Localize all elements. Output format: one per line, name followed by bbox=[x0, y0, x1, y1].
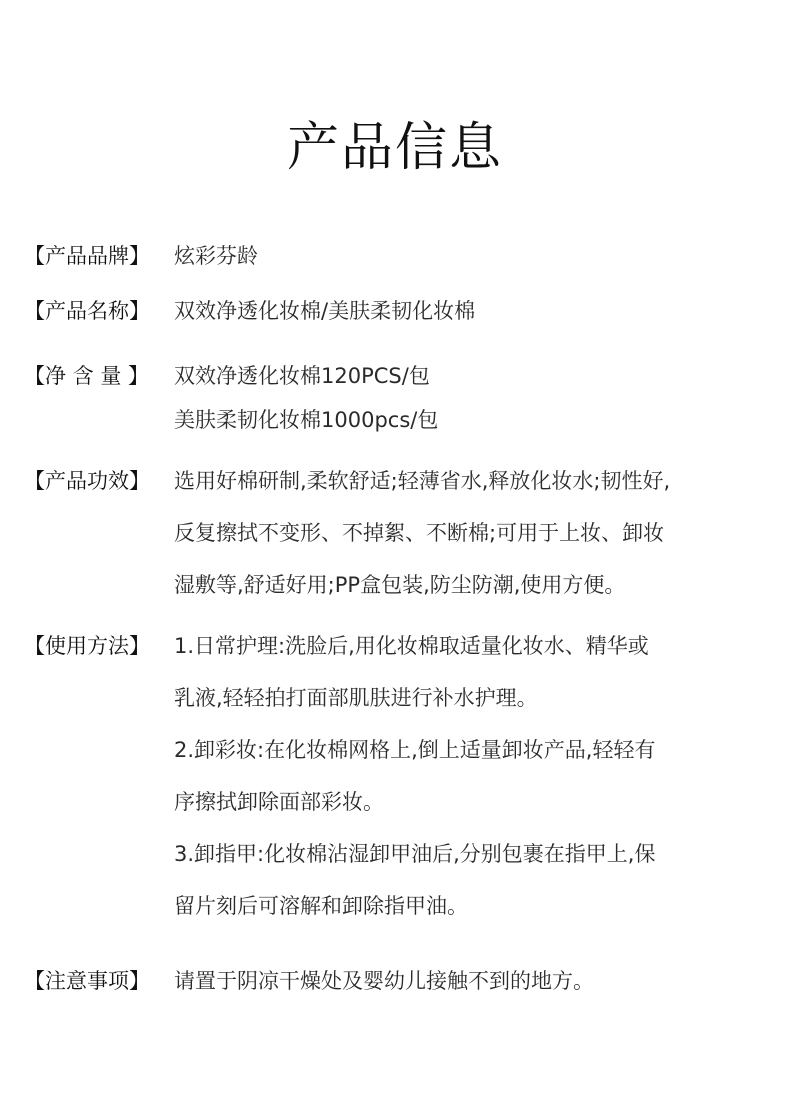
value-line: 请置于阴凉干燥处及婴幼儿接触不到的地方。 bbox=[174, 967, 774, 995]
value-line: 反复擦拭不变形、不掉絮、不断棉;可用于上妆、卸妆 bbox=[174, 507, 774, 559]
value-net-content: 双效净透化妆棉120PCS/包 美肤柔韧化妆棉1000pcs/包 bbox=[174, 354, 774, 442]
label-efficacy: 【产品功效】 bbox=[24, 467, 174, 495]
value-line: 留片刻后可溶解和卸除指甲油。 bbox=[174, 880, 774, 932]
value-line: 2.卸彩妆:在化妆棉网格上,倒上适量卸妆产品,轻轻有 bbox=[174, 724, 774, 776]
page-title: 产品信息 bbox=[0, 118, 790, 178]
value-line: 选用好棉研制,柔软舒适;轻薄省水,释放化妆水;韧性好, bbox=[174, 455, 774, 507]
value-line: 乳液,轻轻拍打面部肌肤进行补水护理。 bbox=[174, 672, 774, 724]
value-line: 炫彩芬龄 bbox=[174, 242, 774, 270]
label-notes: 【注意事项】 bbox=[24, 967, 174, 995]
label-product-name: 【产品名称】 bbox=[24, 297, 174, 325]
value-product-name: 双效净透化妆棉/美肤柔韧化妆棉 bbox=[174, 297, 774, 325]
value-efficacy: 选用好棉研制,柔软舒适;轻薄省水,释放化妆水;韧性好, 反复擦拭不变形、不掉絮、… bbox=[174, 455, 774, 611]
value-line: 美肤柔韧化妆棉1000pcs/包 bbox=[174, 398, 774, 442]
value-brand: 炫彩芬龄 bbox=[174, 242, 774, 270]
value-line: 湿敷等,舒适好用;PP盒包装,防尘防潮,使用方便。 bbox=[174, 559, 774, 611]
value-line: 双效净透化妆棉/美肤柔韧化妆棉 bbox=[174, 297, 774, 325]
value-line: 序擦拭卸除面部彩妆。 bbox=[174, 776, 774, 828]
label-brand: 【产品品牌】 bbox=[24, 242, 174, 270]
value-line: 双效净透化妆棉120PCS/包 bbox=[174, 354, 774, 398]
value-line: 1.日常护理:洗脸后,用化妆棉取适量化妆水、精华或 bbox=[174, 620, 774, 672]
label-usage: 【使用方法】 bbox=[24, 632, 174, 660]
value-usage: 1.日常护理:洗脸后,用化妆棉取适量化妆水、精华或 乳液,轻轻拍打面部肌肤进行补… bbox=[174, 620, 774, 932]
value-notes: 请置于阴凉干燥处及婴幼儿接触不到的地方。 bbox=[174, 967, 774, 995]
value-line: 3.卸指甲:化妆棉沾湿卸甲油后,分别包裹在指甲上,保 bbox=[174, 828, 774, 880]
label-net-content: 【净 含 量 】 bbox=[24, 362, 174, 390]
